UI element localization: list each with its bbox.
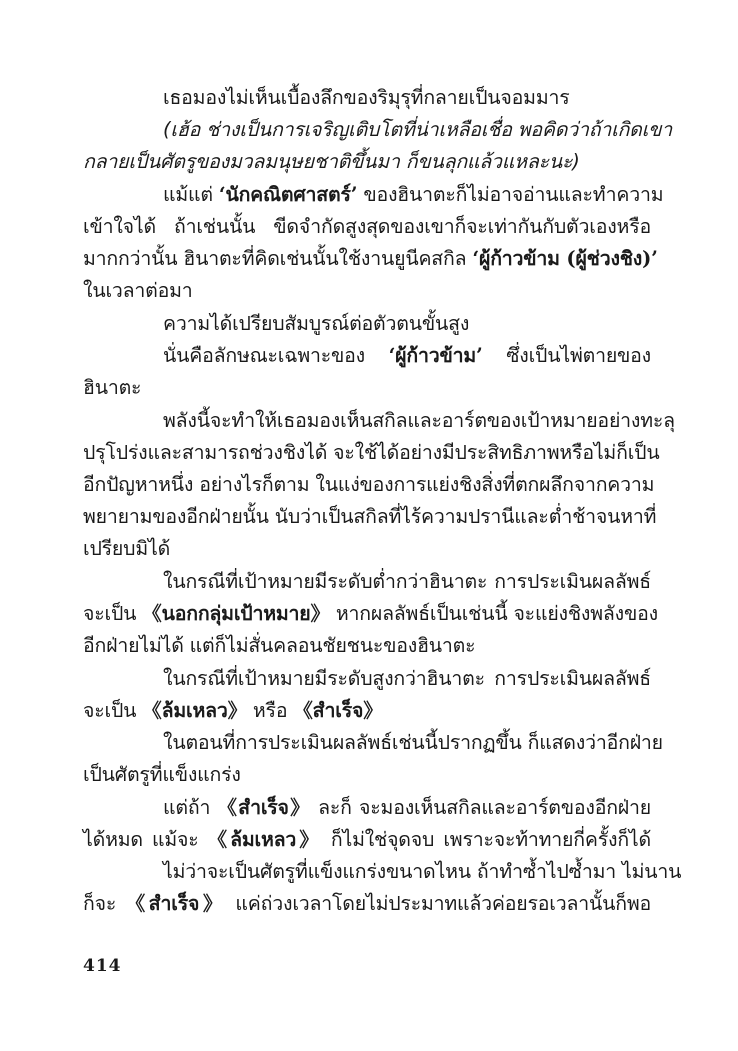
text-segment: เธอมองไม่เห็นเบื้องลึกของริมุรุที่กลายเป…: [163, 86, 570, 109]
text-segment: ในเวลาต่อมา: [83, 279, 193, 302]
text-line: ฮินาตะ: [83, 372, 141, 404]
bold-term: 《สำเร็จ》: [126, 892, 226, 915]
text-segment: ในกรณีที่เป้าหมายมีระดับสูงกว่าฮินาตะ กา…: [163, 667, 651, 690]
text-line: ในเวลาต่อมา: [83, 275, 193, 307]
text-line: อีกปัญหาหนึ่ง อย่างไรก็ตาม ในแง่ของการแย…: [83, 469, 651, 501]
text-segment: อีกปัญหาหนึ่ง อย่างไรก็ตาม ในแง่ของการแย…: [83, 473, 654, 496]
text-segment: แม้แต่: [163, 183, 219, 206]
text-segment: แค่ถ่วงเวลาโดยไม่ประมาทแล้วค่อยรอเวลานั้…: [226, 892, 651, 915]
text-segment: เปรียบมิได้: [83, 537, 170, 560]
text-segment: ละก็ จะมองเห็นสกิลและอาร์ตของอีกฝ่าย: [311, 796, 651, 819]
bold-term: 《สำเร็จ》: [218, 796, 311, 819]
bold-term: ‘นักคณิตศาสตร์’: [219, 183, 357, 206]
text-segment: ปรุโปร่งและสามารถช่วงชิงได้ จะใช้ได้อย่า…: [83, 441, 659, 464]
text-segment: เป็นศัตรูที่แข็งแกร่ง: [83, 763, 241, 786]
text-line: ความได้เปรียบสัมบูรณ์ต่อตัวตนขั้นสูง: [163, 308, 469, 340]
bold-term: 《ล้มเหลว》: [208, 828, 322, 851]
text-segment: ไม่ว่าจะเป็นศัตรูที่แข็งแกร่งขนาดไหน ถ้า…: [163, 860, 681, 883]
text-line-italic: (เฮ้อ ช่างเป็นการเจริญเติบโตที่น่าเหลือเ…: [163, 114, 651, 146]
text-line: ในกรณีที่เป้าหมายมีระดับสูงกว่าฮินาตะ กา…: [163, 663, 651, 695]
book-page: เธอมองไม่เห็นเบื้องลึกของริมุรุที่กลายเป…: [0, 0, 738, 1051]
text-line: นั่นคือลักษณะเฉพาะของ ‘ผู้ก้าวข้าม’ ซึ่ง…: [163, 340, 651, 372]
text-segment: มากกว่านั้น ฮินาตะที่คิดเช่นนั้นใช้งานยู…: [83, 247, 472, 270]
text-line: อีกฝ่ายไม่ได้ แต่ก็ไม่สั่นคลอนชัยชนะของฮ…: [83, 630, 475, 662]
text-line: แต่ถ้า 《สำเร็จ》 ละก็ จะมองเห็นสกิลและอาร…: [163, 792, 651, 824]
text-segment: ได้หมด แม้จะ: [83, 828, 208, 851]
text-segment: ก็ไม่ใช่จุดจบ เพราะจะท้าทายกี่ครั้งก็ได้: [322, 828, 651, 851]
text-line: ก็จะ 《สำเร็จ》 แค่ถ่วงเวลาโดยไม่ประมาทแล้…: [83, 888, 651, 920]
page-number: 414: [83, 956, 122, 976]
bold-term: ‘ผู้ก้าวข้าม (ผู้ช่วงชิง)’: [472, 247, 657, 270]
text-line: พลังนี้จะทำให้เธอมองเห็นสกิลและอาร์ตของเ…: [163, 405, 651, 437]
text-segment: นั่นคือลักษณะเฉพาะของ: [163, 344, 389, 367]
text-segment: อีกฝ่ายไม่ได้ แต่ก็ไม่สั่นคลอนชัยชนะของฮ…: [83, 634, 475, 657]
bold-term: 《นอกกลุ่มเป้าหมาย》: [142, 602, 330, 625]
text-line: พยายามของอีกฝ่ายนั้น นับว่าเป็นสกิลที่ไร…: [83, 501, 651, 533]
bold-term: ‘ผู้ก้าวข้าม’: [389, 344, 483, 367]
text-line: เป็นศัตรูที่แข็งแกร่ง: [83, 759, 241, 791]
text-segment: ในกรณีที่เป้าหมายมีระดับต่ำกว่าฮินาตะ กา…: [163, 570, 651, 593]
text-line: แม้แต่ ‘นักคณิตศาสตร์’ ของฮินาตะก็ไม่อาจ…: [163, 179, 651, 211]
bold-term: 《ล้มเหลว》: [142, 699, 247, 722]
text-segment: พยายามของอีกฝ่ายนั้น นับว่าเป็นสกิลที่ไร…: [83, 505, 656, 528]
text-line: เข้าใจได้ ถ้าเช่นนั้น ขีดจำกัดสูงสุดของเ…: [83, 211, 651, 243]
text-line: เปรียบมิได้: [83, 533, 170, 565]
text-segment: เข้าใจได้ ถ้าเช่นนั้น ขีดจำกัดสูงสุดของเ…: [83, 215, 651, 238]
text-line: ในกรณีที่เป้าหมายมีระดับต่ำกว่าฮินาตะ กา…: [163, 566, 651, 598]
text-line: จะเป็น 《ล้มเหลว》 หรือ 《สำเร็จ》: [83, 695, 383, 727]
text-segment: (เฮ้อ ช่างเป็นการเจริญเติบโตที่น่าเหลือเ…: [163, 118, 672, 141]
text-line: ไม่ว่าจะเป็นศัตรูที่แข็งแกร่งขนาดไหน ถ้า…: [163, 856, 651, 888]
text-line: เธอมองไม่เห็นเบื้องลึกของริมุรุที่กลายเป…: [163, 82, 570, 114]
text-segment: หรือ: [247, 699, 293, 722]
text-segment: พลังนี้จะทำให้เธอมองเห็นสกิลและอาร์ตของเ…: [163, 409, 675, 432]
text-segment: แต่ถ้า: [163, 796, 218, 819]
text-line: ในตอนที่การประเมินผลลัพธ์เช่นนี้ปรากฏขึ้…: [163, 727, 651, 759]
text-segment: จะเป็น: [83, 699, 142, 722]
text-segment: กลายเป็นศัตรูของมวลมนุษยชาติขึ้นมา ก็ขนล…: [83, 150, 580, 173]
text-segment: ซึ่งเป็นไพ่ตายของ: [483, 344, 651, 367]
text-line: ได้หมด แม้จะ 《ล้มเหลว》 ก็ไม่ใช่จุดจบ เพร…: [83, 824, 651, 856]
text-line: จะเป็น 《นอกกลุ่มเป้าหมาย》 หากผลลัพธ์เป็น…: [83, 598, 651, 630]
text-segment: จะเป็น: [83, 602, 142, 625]
text-segment: หากผลลัพธ์เป็นเช่นนี้ จะแย่งชิงพลังของ: [330, 602, 658, 625]
bold-term: 《สำเร็จ》: [293, 699, 382, 722]
text-segment: ฮินาตะ: [83, 376, 141, 399]
text-line-italic: กลายเป็นศัตรูของมวลมนุษยชาติขึ้นมา ก็ขนล…: [83, 146, 580, 178]
text-segment: ในตอนที่การประเมินผลลัพธ์เช่นนี้ปรากฏขึ้…: [163, 731, 663, 754]
text-line: ปรุโปร่งและสามารถช่วงชิงได้ จะใช้ได้อย่า…: [83, 437, 651, 469]
text-segment: ของฮินาตะก็ไม่อาจอ่านและทำความ: [357, 183, 663, 206]
text-line: มากกว่านั้น ฮินาตะที่คิดเช่นนั้นใช้งานยู…: [83, 243, 651, 275]
text-segment: ก็จะ: [83, 892, 126, 915]
text-segment: ความได้เปรียบสัมบูรณ์ต่อตัวตนขั้นสูง: [163, 312, 469, 335]
